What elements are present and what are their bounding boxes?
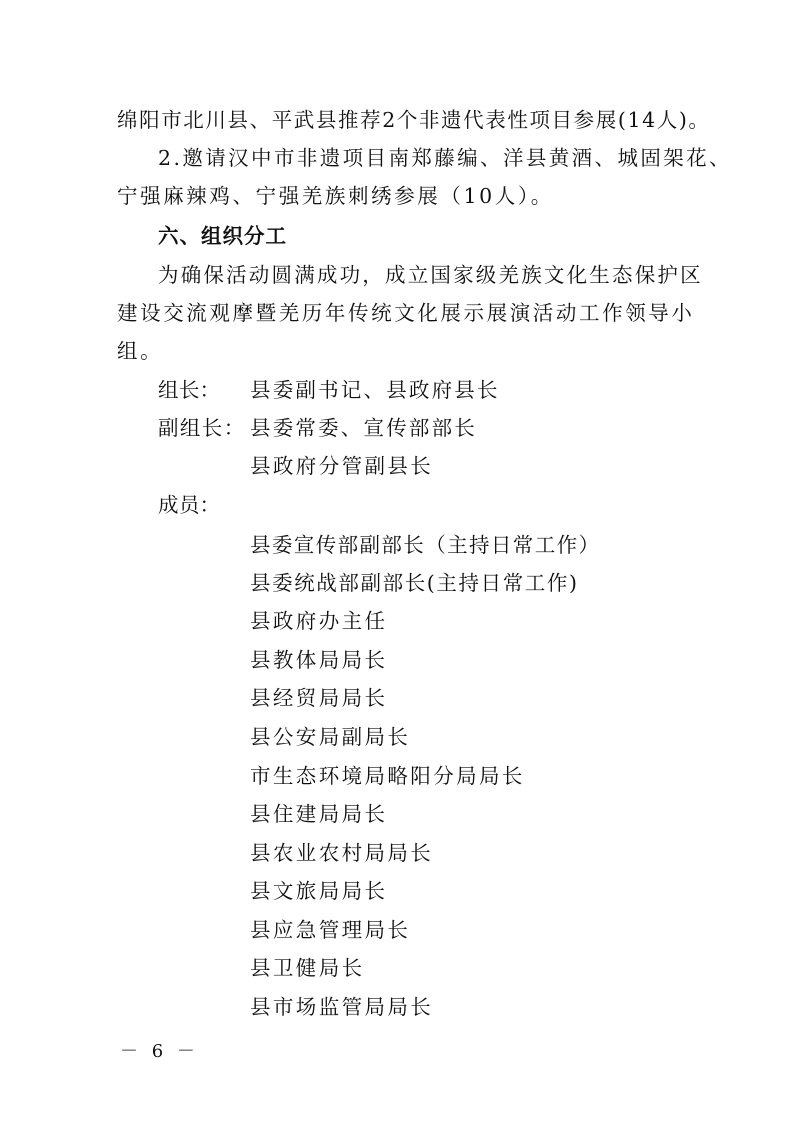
section-heading: 六、组织分工 [158, 224, 287, 248]
leader-value: 县委副书记、县政府县长 [250, 378, 500, 402]
members-label: 成员： [158, 493, 220, 517]
member-item: 县委宣传部副部长（主持日常工作） [250, 533, 600, 557]
paragraph-line: 为确保活动圆满成功，成立国家级羌族文化生态保护区 [158, 263, 703, 287]
member-item: 市生态环境局略阳分局局长 [250, 764, 525, 788]
member-item: 县经贸局局长 [250, 686, 387, 710]
members-label-spread: 成员： [158, 493, 220, 517]
deputy-leader-value: 县政府分管副县长 [250, 454, 433, 478]
member-item: 县文旅局局长 [250, 879, 387, 903]
member-item: 县政府办主任 [250, 609, 387, 633]
member-item: 县应急管理局长 [250, 918, 410, 942]
deputy-leader-value: 县委常委、宣传部部长 [250, 416, 477, 440]
paragraph-line: 绵阳市北川县、平武县推荐2个非遗代表性项目参展(14人)。 [117, 108, 711, 132]
member-item: 县教体局局长 [250, 648, 387, 672]
leader-label: 组长： [158, 378, 220, 402]
member-item: 县市场监管局局长 [250, 995, 433, 1019]
paragraph-line: 宁强麻辣鸡、宁强羌族刺绣参展（10人）。 [117, 184, 554, 208]
member-item: 县卫健局长 [250, 956, 365, 980]
leader-label-spread: 组长： [158, 378, 220, 402]
paragraph-line: 组。 [117, 339, 163, 363]
paragraph-line: 2.邀请汉中市非遗项目南郑藤编、洋县黄酒、城固架花、 [158, 146, 732, 170]
member-item: 县住建局局长 [250, 802, 387, 826]
deputy-leader-label: 副组长： [158, 416, 246, 440]
paragraph-line: 建设交流观摩暨羌历年传统文化展示展演活动工作领导小 [117, 301, 695, 325]
member-item: 县公安局副局长 [250, 725, 410, 749]
member-item: 县农业农村局局长 [250, 841, 433, 865]
page-number: － 6 － [120, 1041, 199, 1063]
document-page: 绵阳市北川县、平武县推荐2个非遗代表性项目参展(14人)。 2.邀请汉中市非遗项… [0, 0, 793, 1122]
member-item: 县委统战部副部长(主持日常工作) [250, 571, 579, 595]
